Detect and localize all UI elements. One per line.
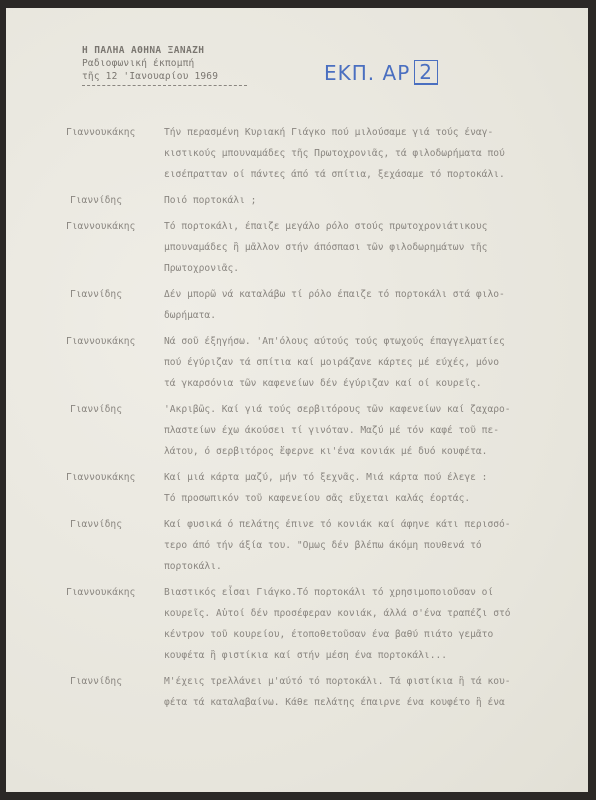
speech-line: φέτα τά καταλαβαίνω. Κάθε πελάτης έπαιρν… (164, 692, 580, 713)
speaker-name: Γιαννουκάκης (60, 216, 160, 279)
dialogue-turn: Γιαννίδης Ποιό πορτοκάλι ; (60, 190, 580, 211)
speech-text: Καί φυσικά ό πελάτης έπινε τό κονιάκ καί… (160, 514, 580, 577)
speech-line: Μ'έχεις τρελλάνει μ'αύτό τό πορτοκάλι. Τ… (164, 671, 580, 692)
speaker-name: Γιαννουκάκης (60, 122, 160, 185)
dialogue-turn: Γιαννίδης Δέν μπορῶ νά καταλάβω τί ρόλο … (60, 284, 580, 326)
handwritten-note: ΕΚΠ. ΑΡ 2 (324, 60, 438, 85)
speech-text: Δέν μπορῶ νά καταλάβω τί ρόλο έπαιζε τό … (160, 284, 580, 326)
speech-line: δωρήματα. (164, 305, 580, 326)
speaker-name: Γιαννίδης (60, 399, 160, 462)
speech-line: κέντρον τοῦ κουρείου, έτοποθετοῦσαν ένα … (164, 624, 580, 645)
broadcast-date: τῆς 12 'Ιανουαρίου 1969 (82, 70, 247, 83)
dialogue-turn: Γιαννίδης Μ'έχεις τρελλάνει μ'αύτό τό πο… (60, 671, 580, 713)
speech-line: πού έγύριζαν τά σπίτια καί μοιράζανε κάρ… (164, 352, 580, 373)
dialogue: Γιαννουκάκης Τήν περασμένη Κυριακή Γιάγκ… (60, 122, 580, 718)
speaker-name: Γιαννίδης (60, 514, 160, 577)
speaker-name: Γιαννουκάκης (60, 582, 160, 666)
programme-title: Η ΠΑΛΗΑ ΑΘΗΝΑ ΞΑΝΑΖΗ (82, 44, 247, 57)
speech-text: 'Ακριβῶς. Καί γιά τούς σερβιτόρους τῶν κ… (160, 399, 580, 462)
speech-line: κιστικούς μπουναμάδες τῆς Πρωτοχρονιᾶς, … (164, 143, 580, 164)
speech-text: Μ'έχεις τρελλάνει μ'αύτό τό πορτοκάλι. Τ… (160, 671, 580, 713)
speech-text: Βιαστικός εἶσαι Γιάγκο.Τό πορτοκάλι τό χ… (160, 582, 580, 666)
speech-text: Νά σοῦ έξηγήσω. 'Απ'όλους αύτούς τούς φτ… (160, 331, 580, 394)
speech-line: Βιαστικός εἶσαι Γιάγκο.Τό πορτοκάλι τό χ… (164, 582, 580, 603)
speech-line: Καί φυσικά ό πελάτης έπινε τό κονιάκ καί… (164, 514, 580, 535)
header-underline (82, 85, 247, 86)
document-header: Η ΠΑΛΗΑ ΑΘΗΝΑ ΞΑΝΑΖΗ Ραδιοφωνική έκπομπή… (82, 44, 247, 86)
speech-line: 'Ακριβῶς. Καί γιά τούς σερβιτόρους τῶν κ… (164, 399, 580, 420)
speech-text: Ποιό πορτοκάλι ; (160, 190, 580, 211)
speech-line: κουφέτα ἢ φιστίκια καί στήν μέση ένα πορ… (164, 645, 580, 666)
speech-line: τά γκαρσόνια τῶν καφενείων δέν έγύριζαν … (164, 373, 580, 394)
speech-line: Δέν μπορῶ νά καταλάβω τί ρόλο έπαιζε τό … (164, 284, 580, 305)
speech-line: κουρεῖς. Αὐτοί δέν προσέφεραν κονιάκ, άλ… (164, 603, 580, 624)
speaker-name: Γιαννουκάκης (60, 467, 160, 509)
speech-line: Ποιό πορτοκάλι ; (164, 190, 580, 211)
speech-line: Νά σοῦ έξηγήσω. 'Απ'όλους αύτούς τούς φτ… (164, 331, 580, 352)
speech-line: τερο άπό τήν άξία του. "Ομως δέν βλέπω ά… (164, 535, 580, 556)
handwritten-note-text: ΕΚΠ. ΑΡ (324, 61, 410, 85)
dialogue-turn: Γιαννουκάκης Τήν περασμένη Κυριακή Γιάγκ… (60, 122, 580, 185)
speech-line: εισέπρατταν οί πάντες άπό τά σπίτια, ξεχ… (164, 164, 580, 185)
speech-line: μπουναμάδες ἢ μᾶλλον στήν άπόσπασι τῶν φ… (164, 237, 580, 258)
speech-line: πλαστείων έχω άκούσει τί γινόταν. Μαζύ μ… (164, 420, 580, 441)
dialogue-turn: Γιαννουκάκης Καί μιά κάρτα μαζύ, μήν τό … (60, 467, 580, 509)
speech-line: πορτοκάλι. (164, 556, 580, 577)
dialogue-turn: Γιαννουκάκης Τό πορτοκάλι, έπαιζε μεγάλο… (60, 216, 580, 279)
speaker-name: Γιαννίδης (60, 671, 160, 713)
speech-text: Τό πορτοκάλι, έπαιζε μεγάλο ρόλο στούς π… (160, 216, 580, 279)
speech-line: λάτου, ό σερβιτόρος ἔφερνε κι'ένα κονιάκ… (164, 441, 580, 462)
programme-subtitle: Ραδιοφωνική έκπομπή (82, 57, 247, 70)
dialogue-turn: Γιαννίδης 'Ακριβῶς. Καί γιά τούς σερβιτό… (60, 399, 580, 462)
speaker-name: Γιαννίδης (60, 284, 160, 326)
speech-text: Τήν περασμένη Κυριακή Γιάγκο πού μιλούσα… (160, 122, 580, 185)
speaker-name: Γιαννίδης (60, 190, 160, 211)
document-page: Η ΠΑΛΗΑ ΑΘΗΝΑ ΞΑΝΑΖΗ Ραδιοφωνική έκπομπή… (6, 8, 588, 792)
speech-text: Καί μιά κάρτα μαζύ, μήν τό ξεχνᾶς. Μιά κ… (160, 467, 580, 509)
speech-line: Καί μιά κάρτα μαζύ, μήν τό ξεχνᾶς. Μιά κ… (164, 467, 580, 488)
dialogue-turn: Γιαννουκάκης Βιαστικός εἶσαι Γιάγκο.Τό π… (60, 582, 580, 666)
dialogue-turn: Γιαννίδης Καί φυσικά ό πελάτης έπινε τό … (60, 514, 580, 577)
boxed-episode-number: 2 (414, 60, 438, 85)
speaker-name: Γιαννουκάκης (60, 331, 160, 394)
speech-line: Τήν περασμένη Κυριακή Γιάγκο πού μιλούσα… (164, 122, 580, 143)
speech-line: Τό προσωπικόν τοῦ καφενείου σᾶς εὔχεται … (164, 488, 580, 509)
speech-line: Τό πορτοκάλι, έπαιζε μεγάλο ρόλο στούς π… (164, 216, 580, 237)
dialogue-turn: Γιαννουκάκης Νά σοῦ έξηγήσω. 'Απ'όλους α… (60, 331, 580, 394)
speech-line: Πρωτοχρονιᾶς. (164, 258, 580, 279)
